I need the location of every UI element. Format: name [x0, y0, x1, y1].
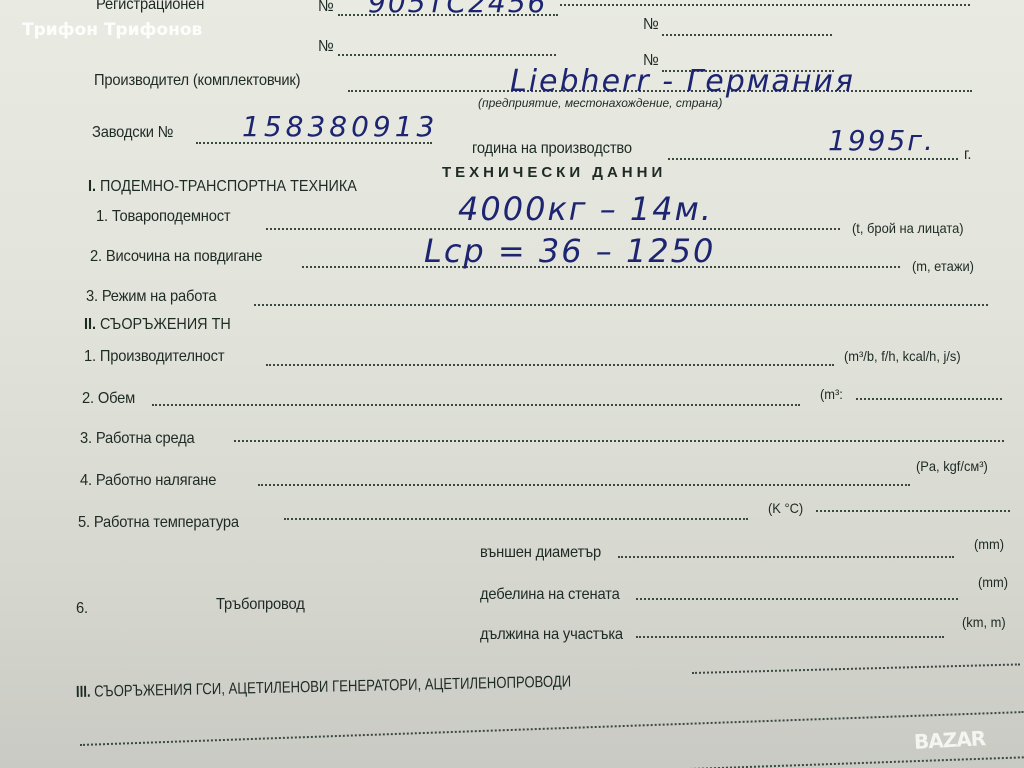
item-volume-label: 2. Обем	[82, 390, 135, 408]
watermark-text: Трифон Трифонов	[22, 20, 202, 40]
factory-no-label: Заводски №	[92, 124, 173, 142]
factory-no-handwritten: 158380913	[242, 110, 438, 143]
item-work-pressure-label: 4. Работно налягане	[80, 472, 216, 490]
no-field-dots	[662, 34, 832, 36]
item-work-temperature-label: 5. Работна температура	[78, 514, 239, 532]
load-capacity-handwritten: 4000кг – 14м.	[458, 190, 713, 228]
load-capacity-unit: (t, брой на лицата)	[852, 220, 964, 236]
bazar-logo: BAZAR	[913, 726, 985, 754]
section-length-unit: (km, m)	[962, 614, 1006, 630]
section-1-title: I. ПОДЕМНО-ТРАНСПОРТНА ТЕХНИКА	[88, 178, 357, 196]
item-work-medium-label: 3. Работна среда	[80, 430, 195, 448]
lift-height-handwritten: Lср = 36 – 1250	[424, 232, 715, 270]
wall-thickness-dots	[636, 598, 958, 600]
section-2-number: II.	[84, 316, 96, 333]
no-sign: №	[318, 0, 334, 16]
item-productivity-label: 1. Производителност	[84, 348, 224, 366]
reg-number-handwritten: 905ТС2456	[368, 0, 547, 19]
section-3-label: СЪОРЪЖЕНИЯ ГСИ, АЦЕТИЛЕНОВИ ГЕНЕРАТОРИ, …	[94, 673, 571, 700]
section-2-title: II. СЪОРЪЖЕНИЯ ТН	[84, 316, 231, 334]
section-length-label: дължина на участъка	[480, 626, 623, 644]
year-label: година на производство	[472, 140, 632, 158]
item-lift-height-label: 2. Височина на повдигане	[90, 248, 262, 266]
productivity-dots	[266, 364, 834, 366]
wall-thickness-label: дебелина на стената	[480, 586, 620, 604]
no-field-dots	[338, 54, 556, 56]
section-length-dots	[636, 636, 944, 638]
technical-data-title: ТЕХНИЧЕСКИ ДАННИ	[442, 164, 666, 181]
volume-unit: (m³:	[820, 386, 843, 402]
work-medium-dots	[234, 440, 1004, 442]
pipeline-number: 6.	[76, 600, 88, 618]
section-1-label: ПОДЕМНО-ТРАНСПОРТНА ТЕХНИКА	[100, 178, 357, 195]
work-temperature-extra-dots	[816, 510, 1010, 512]
section-3-title: III. СЪОРЪЖЕНИЯ ГСИ, АЦЕТИЛЕНОВИ ГЕНЕРАТ…	[76, 673, 571, 702]
section-1-number: I.	[88, 178, 96, 195]
item-work-mode-label: 3. Режим на работа	[86, 288, 216, 306]
volume-extra-dots	[856, 398, 1002, 400]
load-capacity-dots	[266, 228, 840, 230]
pipeline-label: Тръбопровод	[216, 596, 305, 614]
manufacturer-label: Производител (комплектовчик)	[94, 72, 300, 90]
top-right-dots	[560, 4, 970, 6]
bottom-dots	[690, 756, 1024, 768]
work-mode-dots	[254, 304, 988, 306]
section-3-number: III.	[76, 684, 91, 701]
no-sign: №	[643, 16, 659, 34]
manufacturer-note: (предприятие, местонахождение, страна)	[478, 96, 722, 110]
wall-thickness-unit: (mm)	[978, 574, 1008, 590]
section-3-line-dots	[80, 711, 1023, 746]
outer-diameter-dots	[618, 556, 954, 558]
no-sign: №	[318, 38, 334, 56]
year-suffix: г.	[964, 146, 971, 164]
volume-dots	[152, 404, 800, 406]
section-2-label: СЪОРЪЖЕНИЯ ТН	[100, 316, 231, 333]
work-pressure-unit: (Pa, kgf/cм³)	[916, 458, 988, 474]
registration-label: Регистрационен	[96, 0, 204, 14]
outer-diameter-label: външен диаметър	[480, 544, 601, 562]
outer-diameter-unit: (mm)	[974, 536, 1004, 552]
year-handwritten: 1995г.	[828, 124, 935, 157]
item-load-capacity-label: 1. Товароподемност	[96, 208, 230, 226]
section-3-dots	[692, 663, 1020, 674]
work-temperature-dots	[284, 518, 748, 520]
work-temperature-unit: (K °C)	[768, 500, 803, 516]
year-dots	[668, 158, 958, 160]
lift-height-unit: (m, етажи)	[912, 258, 974, 274]
manufacturer-handwritten: Liebherr - Германия	[510, 64, 855, 99]
work-pressure-dots	[258, 484, 910, 486]
productivity-unit: (m³/b, f/h, kcal/h, j/s)	[844, 348, 961, 364]
